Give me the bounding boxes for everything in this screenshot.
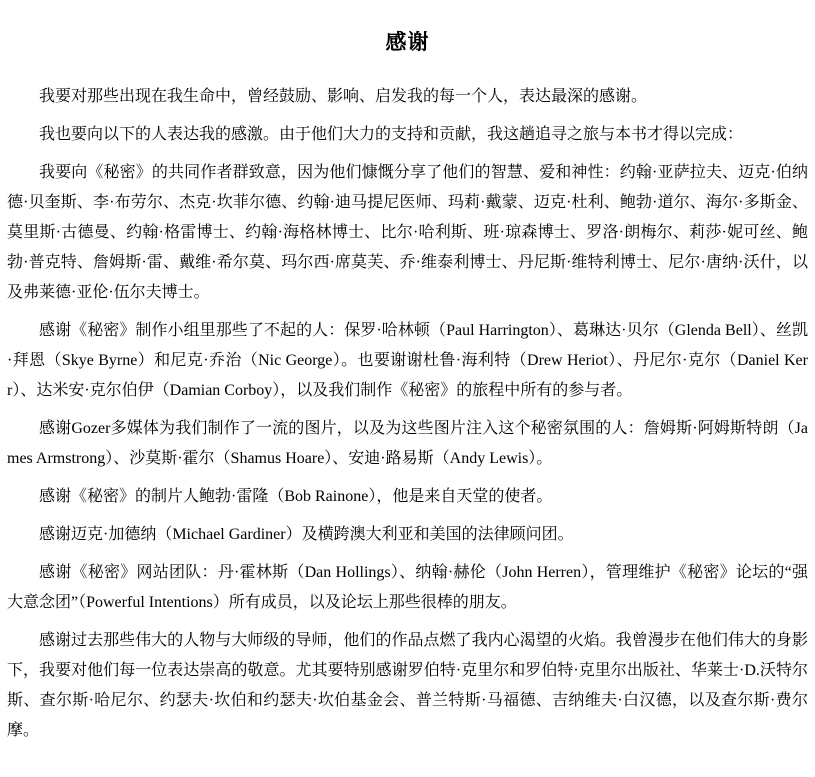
paragraph-3: 我要向《秘密》的共同作者群致意，因为他们慷慨分享了他们的智慧、爱和神性：约翰·亚… <box>7 158 808 308</box>
paragraph-1: 我要对那些出现在我生命中，曾经鼓励、影响、启发我的每一个人，表达最深的感谢。 <box>7 82 808 112</box>
paragraph-7: 感谢迈克·加德纳（Michael Gardiner）及横跨澳大利亚和美国的法律顾… <box>7 520 808 550</box>
paragraph-9: 感谢过去那些伟大的人物与大师级的导师，他们的作品点燃了我内心渴望的火焰。我曾漫步… <box>7 626 808 746</box>
paragraph-4: 感谢《秘密》制作小组里那些了不起的人：保罗·哈林顿（Paul Harringto… <box>7 316 808 406</box>
paragraph-6: 感谢《秘密》的制片人鲍勃·雷隆（Bob Rainone），他是来自天堂的使者。 <box>7 482 808 512</box>
body-text: 我要对那些出现在我生命中，曾经鼓励、影响、启发我的每一个人，表达最深的感谢。 我… <box>7 82 808 746</box>
paragraph-8: 感谢《秘密》网站团队：丹·霍林斯（Dan Hollings）、纳翰·赫伦（Joh… <box>7 558 808 618</box>
paragraph-2: 我也要向以下的人表达我的感激。由于他们大力的支持和贡献，我这趟追寻之旅与本书才得… <box>7 120 808 150</box>
page-title: 感谢 <box>7 26 808 56</box>
acknowledgments-page: 感谢 我要对那些出现在我生命中，曾经鼓励、影响、启发我的每一个人，表达最深的感谢… <box>0 0 815 764</box>
paragraph-5: 感谢Gozer多媒体为我们制作了一流的图片，以及为这些图片注入这个秘密氛围的人：… <box>7 414 808 474</box>
